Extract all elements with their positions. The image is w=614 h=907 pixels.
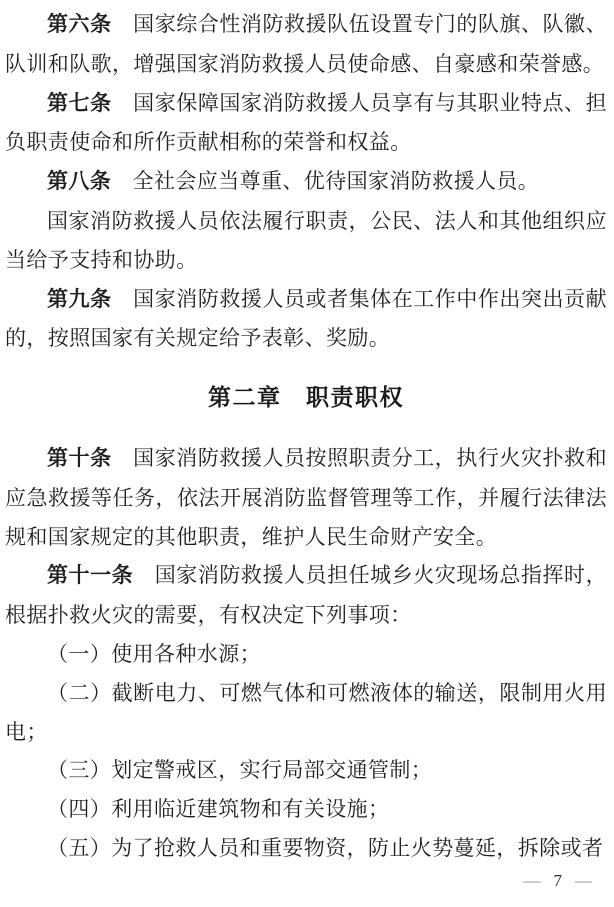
article-label: 第六条 xyxy=(47,13,112,36)
chapter-heading: 第二章 职责职权 xyxy=(5,378,607,417)
list-item-paragraph: （五）为了抢救人员和重要物资，防止火势蔓延，拆除或者 xyxy=(5,829,607,868)
article-paragraph: 第六条 国家综合性消防救援队伍设置专门的队旗、队徽、队训和队歌，增强国家消防救援… xyxy=(5,5,607,84)
list-item-paragraph: （二）截断电力、可燃气体和可燃液体的输送，限制用火用电； xyxy=(5,674,607,752)
article-label: 第十一条 xyxy=(47,564,133,587)
footer-page-number: 7 xyxy=(554,872,563,889)
footer-dash-left: — xyxy=(524,872,541,889)
document-page: 第六条 国家综合性消防救援队伍设置专门的队旗、队徽、队训和队歌，增强国家消防救援… xyxy=(0,0,614,907)
document-body: 第六条 国家综合性消防救援队伍设置专门的队旗、队徽、队训和队歌，增强国家消防救援… xyxy=(5,5,607,868)
list-item-paragraph: （四）利用临近建筑物和有关设施； xyxy=(5,790,607,829)
article-paragraph: 第八条 全社会应当尊重、优待国家消防救援人员。 xyxy=(5,162,607,202)
page-number: — 7 — xyxy=(524,872,593,889)
article-paragraph: 第十一条 国家消防救援人员担任城乡火灾现场总指挥时，根据扑救火灾的需要，有权决定… xyxy=(5,556,607,635)
list-item-paragraph: （三）划定警戒区，实行局部交通管制； xyxy=(5,751,607,790)
footer-dash-right: — xyxy=(575,872,592,889)
article-label: 第八条 xyxy=(47,170,111,193)
article-label: 第十条 xyxy=(47,447,112,470)
article-label: 第七条 xyxy=(47,92,112,115)
article-label: 第九条 xyxy=(47,288,112,311)
article-paragraph: 第九条 国家消防救援人员或者集体在工作中作出突出贡献的，按照国家有关规定给予表彰… xyxy=(5,280,607,359)
article-paragraph: 第七条 国家保障国家消防救援人员享有与其职业特点、担负职责使命和所作贡献相称的荣… xyxy=(5,84,607,163)
plain-paragraph: 国家消防救援人员依法履行职责，公民、法人和其他组织应当给予支持和协助。 xyxy=(5,202,607,280)
list-item-paragraph: （一）使用各种水源； xyxy=(5,635,607,674)
article-paragraph: 第十条 国家消防救援人员按照职责分工，执行火灾扑救和应急救援等任务，依法开展消防… xyxy=(5,439,607,556)
